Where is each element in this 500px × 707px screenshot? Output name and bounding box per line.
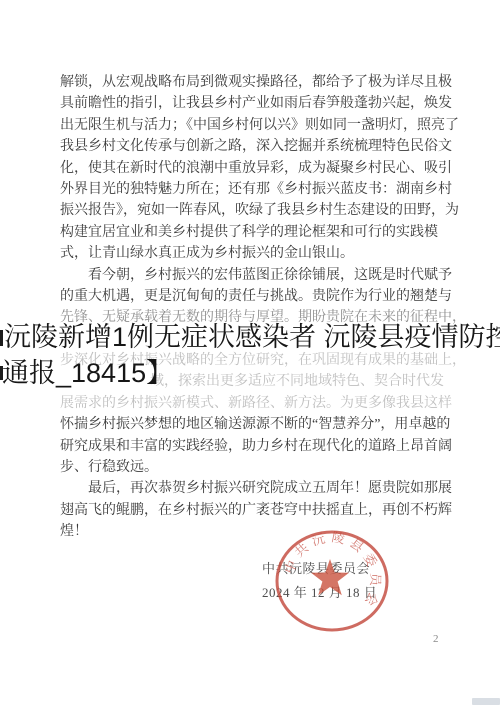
letter-line: 构建宜居宜业和美乡村提供了科学的理论框架和可行的实践模 [60,222,460,243]
letter-line: 的重大机遇，更是沉甸甸的责任与挑战。贵院作为行业的翘楚与 [60,286,460,307]
letter-line: 振兴报告》，宛如一阵春风，吹绿了我县乡村生态建设的田野，为 [60,200,460,221]
seal-star-icon [311,559,349,595]
clipped-glyph-fragment [0,330,3,346]
letter-line: 出无限生机与活力；《中国乡村何以兴》则如同一盏明灯，照亮了 [60,115,460,136]
corner-watermark [472,698,500,705]
letter-line: 怀揣乡村振兴梦想的地区输送源源不断的“智慧养分”，用卓越的 [60,414,460,435]
letter-line: 外界目光的独特魅力所在；还有那《乡村振兴蓝皮书：湖南乡村 [60,179,460,200]
letter-line: 步、行稳致远。 [60,457,460,478]
overlay-headline-line-2: 通报_18415】 [2,357,173,389]
page-number: 2 [433,633,439,645]
clipped-glyph-fragment [0,366,3,380]
letter-line: 展需求的乡村振兴新模式、新路径、新方法。为更多像我县这样 [60,393,460,414]
letter-line: 式，让青山绿水真正成为乡村振兴的金山银山。 [60,243,460,264]
letter-line: 研究成果和丰富的实践经验，助力乡村在现代化的道路上昂首阔 [60,436,460,457]
letter-body: 解锁，从宏观战略布局到微观实操路径，都给予了极为详尽且极 具前瞻性的指引，让我县… [60,72,460,543]
letter-page: 解锁，从宏观战略布局到微观实操路径，都给予了极为详尽且极 具前瞻性的指引，让我县… [0,0,500,707]
letter-line: 看今朝，乡村振兴的宏伟蓝图正徐徐铺展，这既是时代赋予 [60,265,460,286]
letter-line: 解锁，从宏观战略布局到微观实操路径，都给予了极为详尽且极 [60,72,460,93]
letter-line: 最后，再次恭贺乡村振兴研究院成立五周年！愿贵院如那展 [60,478,460,499]
overlay-headline-line-1: 沅陵新增1例无症状感染者 沅陵县疫情防控 [4,321,500,353]
letter-line: 我县乡村文化传承与创新之路，深入挖掘并系统梳理特色民俗文 [60,136,460,157]
letter-line: 具前瞻性的指引，让我县乡村产业如雨后春笋般蓬勃兴起，焕发 [60,93,460,114]
letter-line: 化，使其在新时代的浪潮中重放异彩，成为凝聚乡村民心、吸引 [60,158,460,179]
official-seal: 中共沅陵县委员会 [272,528,392,634]
letter-line: 煌！ [60,521,460,542]
letter-line: 翅高飞的鲲鹏，在乡村振兴的广袤苍穹中扶摇直上，再创不朽辉 [60,500,460,521]
